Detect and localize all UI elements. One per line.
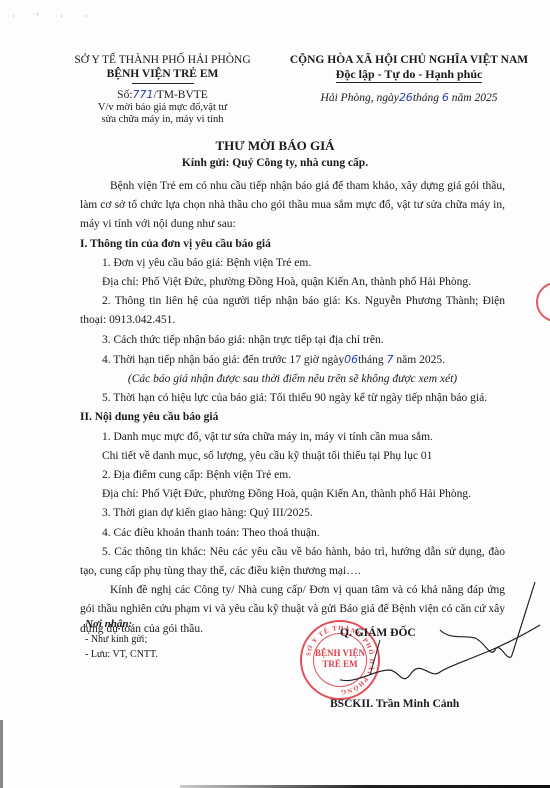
deadline-note: (Các báo giá nhận được sau thời điểm nêu… [80, 370, 505, 389]
scan-specks: · ' · · [12, 12, 97, 21]
recipients-block: Nơi nhận: - Như kính gửi; - Lưu: VT, CNT… [85, 617, 158, 662]
date-month-label: tháng [413, 92, 439, 104]
number-suffix: /TM-BVTE [154, 89, 208, 101]
intro-paragraph: Bệnh viện Trẻ em có nhu cầu tiếp nhận bá… [80, 177, 505, 235]
recipients-label: Nơi nhận: [85, 617, 158, 632]
section-1-heading: I. Thông tin của đơn vị yêu cầu báo giá [80, 235, 505, 254]
section-1-item: 3. Cách thức tiếp nhận báo giá: nhận trự… [80, 331, 505, 350]
date-year: năm 2025 [452, 92, 498, 104]
signer-title: Q. GIÁM ĐỐC [340, 627, 416, 639]
section-2-item: 2. Địa điểm cung cấp: Bệnh viện Trẻ em. [80, 466, 505, 485]
nation-name: CỘNG HÒA XÃ HỘI CHỦ NGHĨA VIỆT NAM [278, 53, 540, 67]
section-2-item: 1. Danh mục mực đổ, vật tư sửa chữa máy … [80, 428, 505, 447]
section-2-item: 4. Các điều khoản thanh toán: Theo thoả … [80, 524, 505, 543]
section-2-item: Chi tiết về danh mục, số lượng, yêu cầu … [80, 447, 505, 466]
document-number: Số:771/TM-BVTE [55, 88, 270, 102]
number-handwritten: 771 [133, 88, 154, 101]
document-date: Hải Phòng, ngày26tháng 6 năm 2025 [278, 91, 540, 105]
date-month: 6 [442, 91, 449, 104]
section-1-deadline: 4. Thời hạn tiếp nhận báo giá: đến trước… [80, 350, 505, 370]
document-title: THƯ MỜI BÁO GIÁ [0, 138, 550, 154]
section-1-item: 1. Đơn vị yêu cầu báo giá: Bệnh viện Trẻ… [80, 254, 505, 273]
date-day: 26 [399, 91, 413, 104]
unit-name: BỆNH VIỆN TRẺ EM [55, 67, 270, 81]
greeting: Kính gửi: Quý Công ty, nhà cung cấp. [0, 157, 550, 169]
national-motto: Độc lập - Tự do - Hạnh phúc [336, 67, 483, 83]
document-page: · ' · · SỞ Y TẾ THÀNH PHỐ HẢI PHÒNG BỆNH… [0, 0, 550, 788]
agency-name: SỞ Y TẾ THÀNH PHỐ HẢI PHÒNG [55, 53, 270, 67]
document-body: Bệnh viện Trẻ em có nhu cầu tiếp nhận bá… [80, 177, 505, 639]
section-1-item: Địa chỉ: Phố Việt Đức, phường Đồng Hoà, … [80, 273, 505, 292]
deadline-prefix: 4. Thời hạn tiếp nhận báo giá: đến trước… [102, 354, 344, 366]
partial-stamp-icon [536, 282, 550, 322]
deadline-month-label: tháng [358, 354, 384, 366]
section-2-heading: II. Nội dung yêu cầu báo giá [80, 408, 505, 427]
number-prefix: Số: [117, 89, 132, 101]
recipient-item: - Như kính gửi; [85, 632, 158, 647]
validity-item: 5. Thời hạn có hiệu lực của báo giá: Tối… [80, 389, 505, 408]
deadline-day: 06 [344, 353, 358, 366]
section-2-item: Địa chỉ: Phố Việt Đức, phường Đồng Hoà, … [80, 485, 505, 504]
header-left: SỞ Y TẾ THÀNH PHỐ HẢI PHÒNG BỆNH VIỆN TR… [55, 53, 270, 126]
scan-edge-left [0, 720, 3, 788]
signer-name: BSCKII. Trần Minh Cảnh [330, 698, 459, 710]
header-rule [132, 83, 194, 84]
deadline-year: năm 2025. [396, 354, 445, 366]
subject-line-2: sửa chữa máy in, máy vi tính [55, 114, 270, 126]
section-1-item: 2. Thông tin liên hệ của người tiếp nhận… [80, 292, 505, 330]
signature-icon [340, 580, 550, 700]
date-prefix: Hải Phòng, ngày [321, 92, 399, 104]
subject-line-1: V/v mời báo giá mực đổ,vật tư [55, 102, 270, 114]
header-right: CỘNG HÒA XÃ HỘI CHỦ NGHĨA VIỆT NAM Độc l… [278, 53, 540, 105]
section-2-item: 3. Thời gian dự kiến giao hàng: Quý III/… [80, 504, 505, 523]
section-2-item: 5. Các thông tin khác: Nêu các yêu cầu v… [80, 543, 505, 581]
deadline-month: 7 [387, 353, 394, 366]
recipient-item: - Lưu: VT, CNTT. [85, 647, 158, 662]
